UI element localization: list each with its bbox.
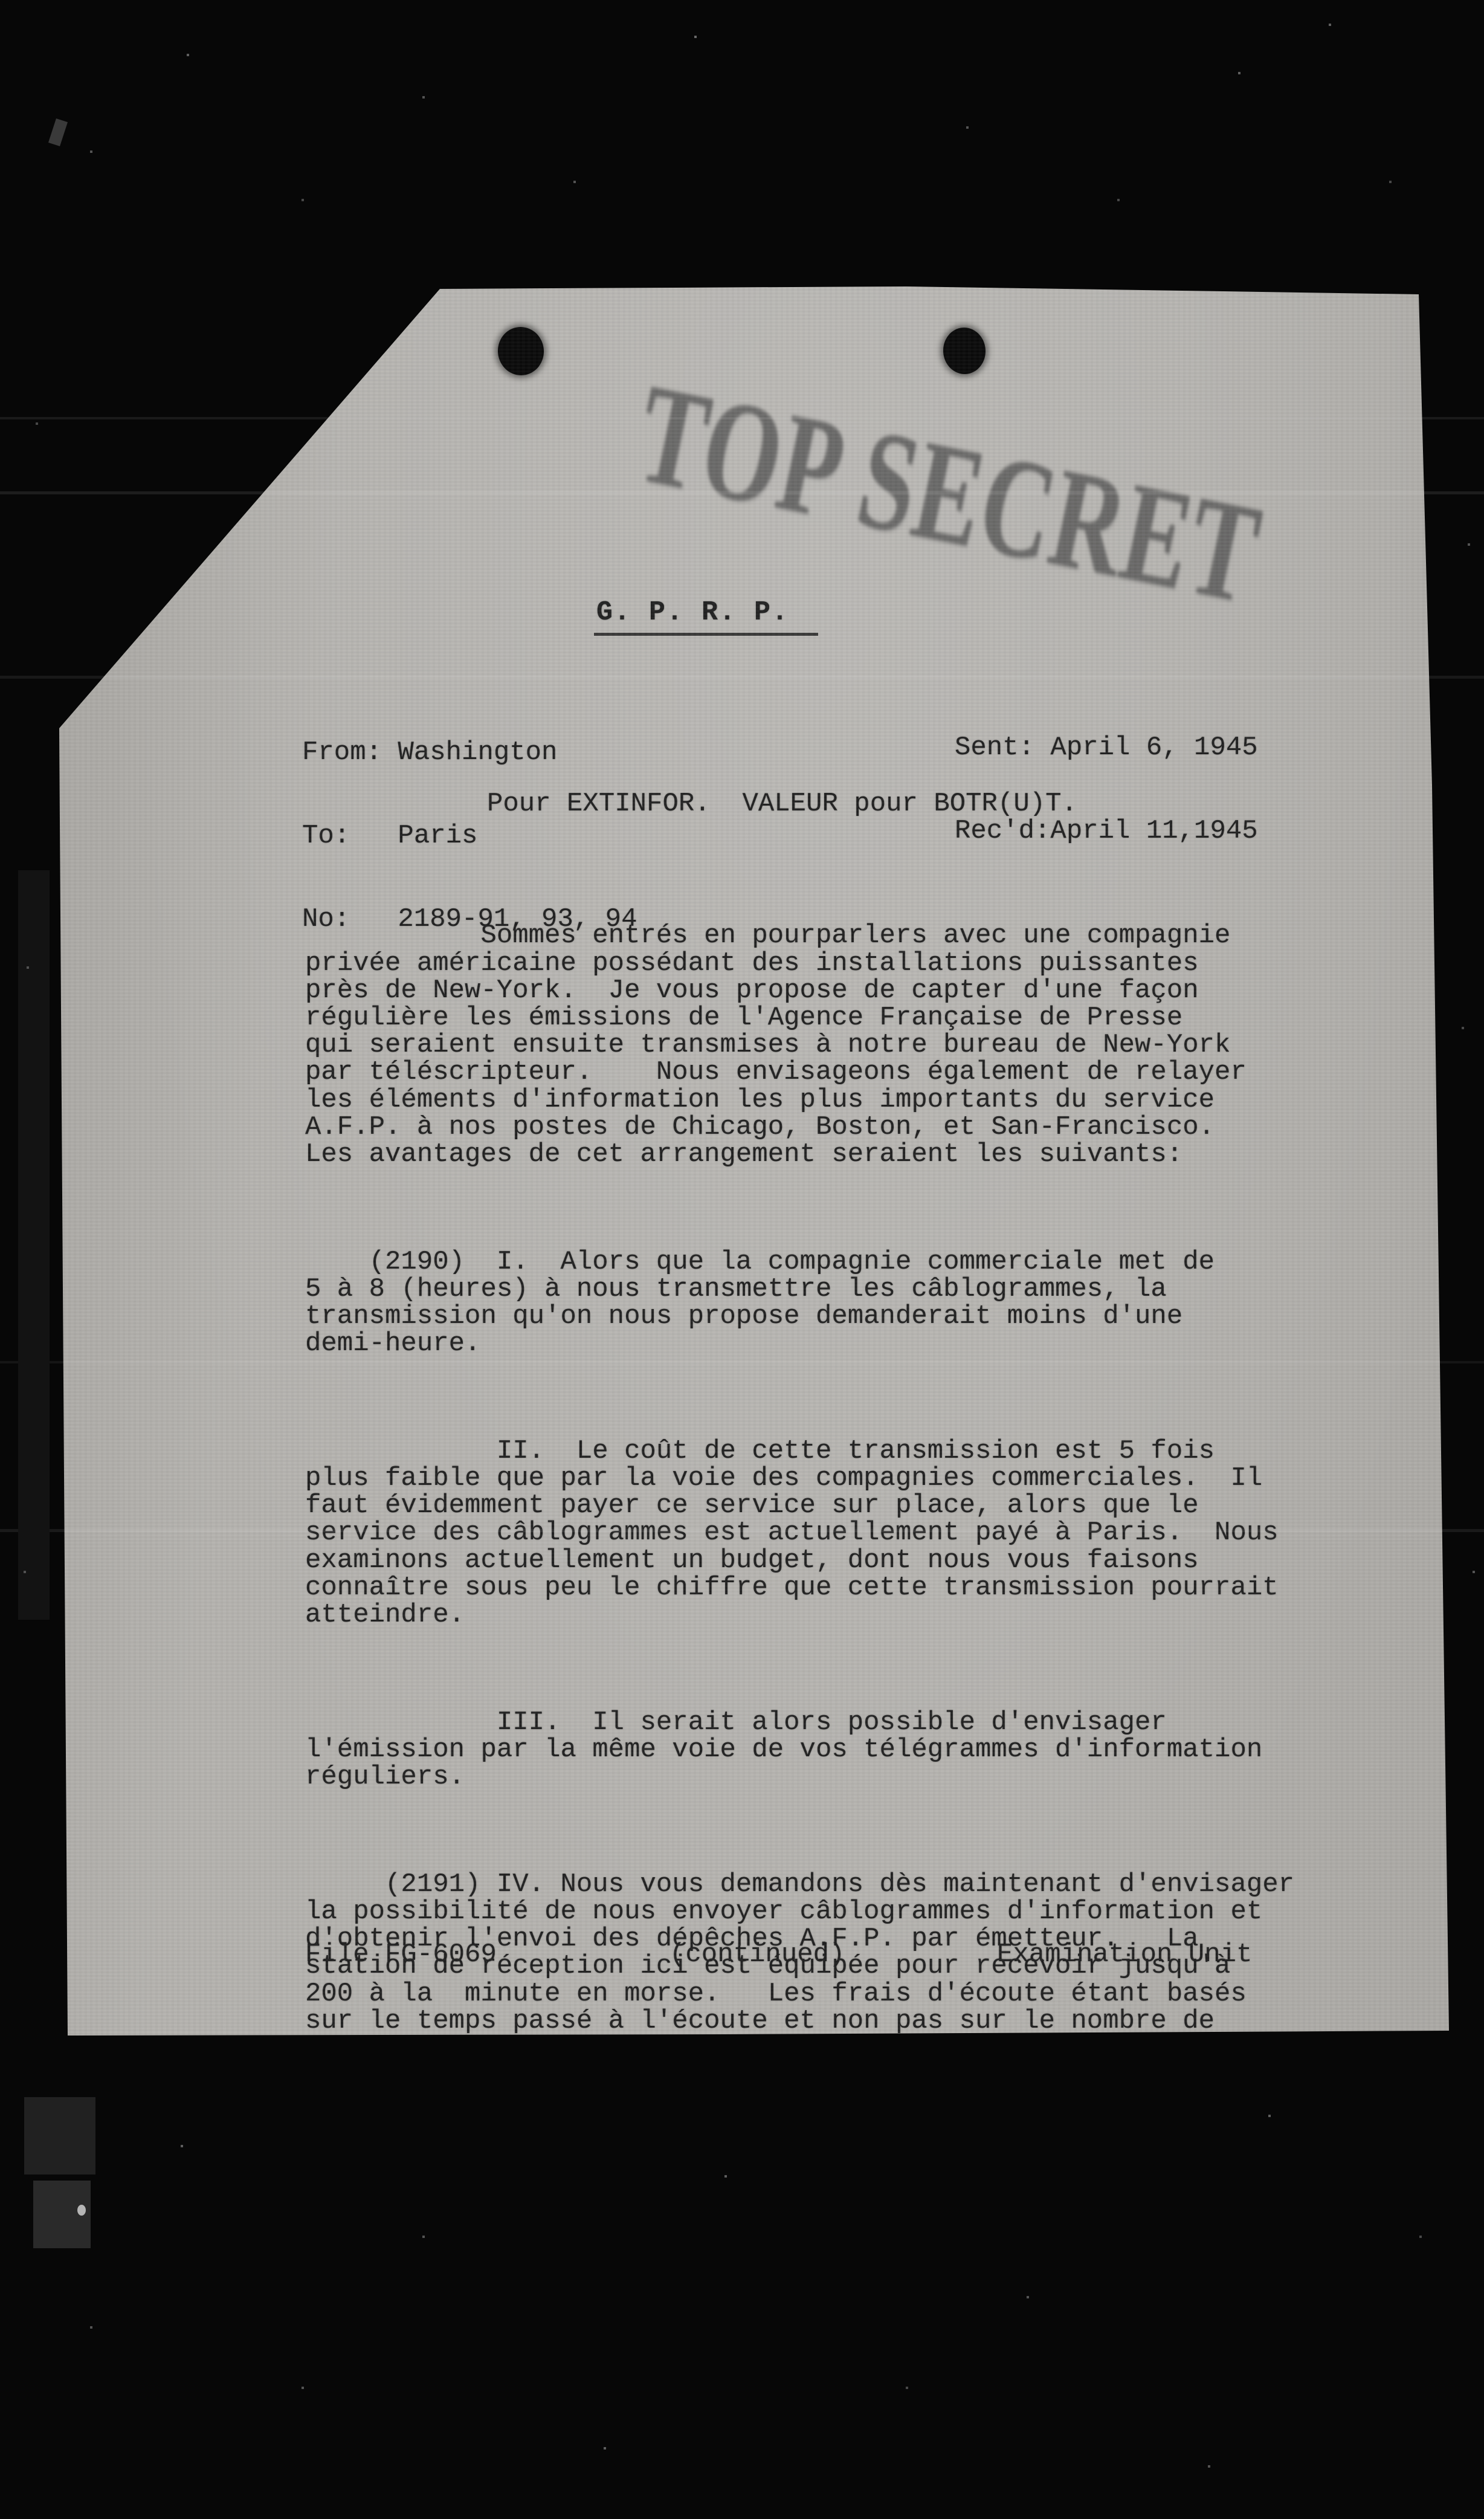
from-label: From: <box>302 739 398 766</box>
file-number: File FG-6069 <box>305 1941 497 1968</box>
subject-line: Pour EXTINFOR. VALEUR pour BOTR(U)T. <box>487 791 1077 818</box>
scan-artifact <box>77 2205 86 2216</box>
examination-unit-label: Examination Unit <box>997 1941 1252 1968</box>
continued-note: (continued) <box>669 1941 845 1968</box>
top-secret-stamp: TOP SECRET <box>627 361 1266 625</box>
received-row: Rec'd:April 11,1945 <box>955 817 1258 845</box>
paragraph-2190-I: (2190) I. Alors que la compagnie commerc… <box>305 1249 1326 1358</box>
paragraph-1: Sommes entrés en pourparlers avec une co… <box>305 922 1326 1168</box>
paragraph-III: III. Il serait alors possible d'envisage… <box>305 1709 1326 1791</box>
from-row: From:Washington <box>302 739 637 766</box>
paragraph-I-final: I. pour nous (envoyer) aussi rapidement … <box>305 2249 1326 2304</box>
sent-value: April 6, 1945 <box>1050 732 1257 763</box>
from-value: Washington <box>398 737 557 768</box>
to-row: To:Paris <box>302 822 637 850</box>
paragraph-II: II. Le coût de cette transmission est 5 … <box>305 1438 1326 1629</box>
received-value: April 11,1945 <box>1050 816 1257 846</box>
sent-row: Sent:April 6, 1945 <box>955 734 1258 762</box>
punch-hole-right <box>941 326 987 376</box>
to-label: To: <box>302 822 398 850</box>
document-page: TOP SECRET G. P. R. P. From:Washington T… <box>0 0 1484 2519</box>
sent-label: Sent: <box>955 734 1050 762</box>
received-label: Rec'd: <box>955 817 1050 845</box>
punch-hole-left <box>495 325 546 378</box>
message-body: Sommes entrés en pourparlers avec une co… <box>305 868 1326 2384</box>
scan-artifact <box>18 870 50 1620</box>
film-speckles <box>0 0 1 1</box>
to-value: Paris <box>398 821 477 851</box>
scan-artifact <box>24 2097 95 2175</box>
scan-artifact <box>48 118 68 146</box>
scan-background: TOP SECRET G. P. R. P. From:Washington T… <box>0 0 1484 2519</box>
paragraph-2193: (2193) Nous vous demandons de faire un e… <box>305 2142 1326 2170</box>
scan-artifact <box>33 2181 91 2248</box>
document-heading: G. P. R. P. <box>594 597 818 636</box>
